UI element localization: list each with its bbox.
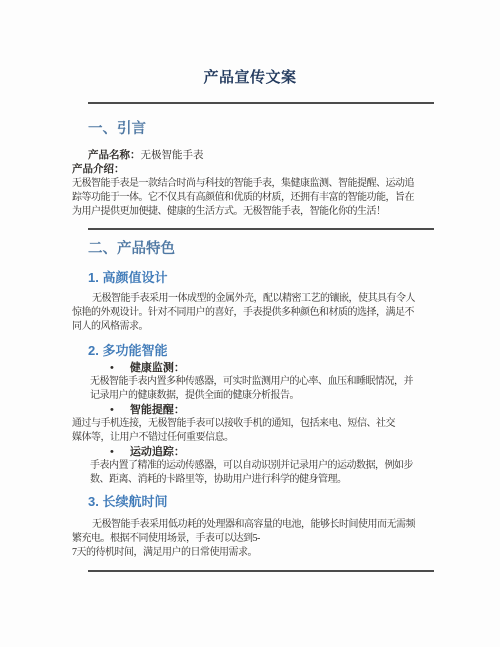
horizontal-rule (88, 570, 434, 572)
paragraph-line: 踪等功能于一体。它不仅具有高颜值和优质的材质，还拥有丰富的智能功能，旨在 (72, 191, 428, 205)
subheading-battery: 3. 长续航时间 (88, 493, 428, 510)
paragraph-line: 通过与手机连接，无极智能手表可以接收手机的通知，包括来电、短信、社交 (72, 417, 428, 431)
product-intro-label-line: 产品介绍： (72, 163, 428, 177)
sport-paragraph: 手表内置了精准的运动传感器，可以自动识别并记录用户的运动数据，例如步 数、距离、… (72, 459, 428, 487)
paragraph-line: 惊艳的外观设计。针对不同用户的喜好，手表提供多种颜色和材质的选择，满足不 (72, 306, 428, 320)
paragraph-line: 为用户提供更加便捷、健康的生活方式。无极智能手表，智能化你的生活！ (72, 205, 428, 219)
remind-paragraph: 通过与手机连接，无极智能手表可以接收手机的通知，包括来电、短信、社交 媒体等，让… (72, 417, 428, 445)
product-intro-label: 产品介绍： (72, 164, 125, 175)
bullet-item-health: •健康监测： (110, 361, 428, 375)
product-name-label: 产品名称： (88, 150, 141, 161)
paragraph-line: 数、距离、消耗的卡路里等，协助用户进行科学的健身管理。 (90, 473, 428, 487)
product-name-value: 无极智能手表 (141, 150, 204, 161)
bullet-icon: • (110, 445, 114, 459)
bullet-icon: • (110, 403, 114, 417)
document-title: 产品宣传文案 (72, 68, 428, 87)
paragraph-line: 无极智能手表采用低功耗的处理器和高容量的电池，能够长时间使用而无需频 (72, 518, 428, 532)
bullet-item-remind: •智能提醒： (110, 403, 428, 417)
bullet-label-sport: 运动追踪： (130, 445, 185, 459)
battery-paragraph: 无极智能手表采用低功耗的处理器和高容量的电池，能够长时间使用而无需频 繁充电。根… (72, 518, 428, 560)
document-content: 产品宣传文案 一、引言 产品名称：无极智能手表 产品介绍： 无极智能手表是一款结… (0, 0, 500, 572)
horizontal-rule (88, 228, 434, 230)
section-heading-intro: 一、引言 (88, 120, 428, 139)
paragraph-line: 繁充电。根据不同使用场景，手表可以达到5- (72, 532, 428, 546)
paragraph-line: 同人的风格需求。 (72, 320, 428, 334)
intro-paragraph: 无极智能手表是一款结合时尚与科技的智能手表，集健康监测、智能提醒、运动追 踪等功… (72, 177, 428, 219)
bullet-label-health: 健康监测： (130, 361, 185, 375)
paragraph-line: 手表内置了精准的运动传感器，可以自动识别并记录用户的运动数据，例如步 (90, 459, 428, 473)
paragraph-line: 无极智能手表内置多种传感器，可实时监测用户的心率、血压和睡眠情况，并 (90, 375, 428, 389)
health-paragraph: 无极智能手表内置多种传感器，可实时监测用户的心率、血压和睡眠情况，并 记录用户的… (72, 375, 428, 403)
paragraph-line: 无极智能手表是一款结合时尚与科技的智能手表，集健康监测、智能提醒、运动追 (72, 177, 428, 191)
subheading-smart: 2. 多功能智能 (88, 342, 428, 359)
section-heading-features: 二、产品特色 (88, 240, 428, 259)
bullet-label-remind: 智能提醒： (130, 403, 185, 417)
product-name-line: 产品名称：无极智能手表 (88, 149, 428, 163)
bullet-icon: • (110, 361, 114, 375)
paragraph-line: 记录用户的健康数据，提供全面的健康分析报告。 (90, 389, 428, 403)
paragraph-line: 无极智能手表采用一体成型的金属外壳，配以精密工艺的镶嵌，使其具有令人 (72, 292, 428, 306)
paragraph-line: 媒体等，让用户不错过任何重要信息。 (72, 431, 428, 445)
document-page: 产品宣传文案 一、引言 产品名称：无极智能手表 产品介绍： 无极智能手表是一款结… (0, 0, 500, 647)
horizontal-rule (88, 102, 434, 104)
subheading-design: 1. 高颜值设计 (88, 269, 428, 286)
paragraph-line: 7天的待机时间，满足用户的日常使用需求。 (72, 546, 428, 560)
bullet-item-sport: •运动追踪： (110, 445, 428, 459)
design-paragraph: 无极智能手表采用一体成型的金属外壳，配以精密工艺的镶嵌，使其具有令人 惊艳的外观… (72, 292, 428, 334)
